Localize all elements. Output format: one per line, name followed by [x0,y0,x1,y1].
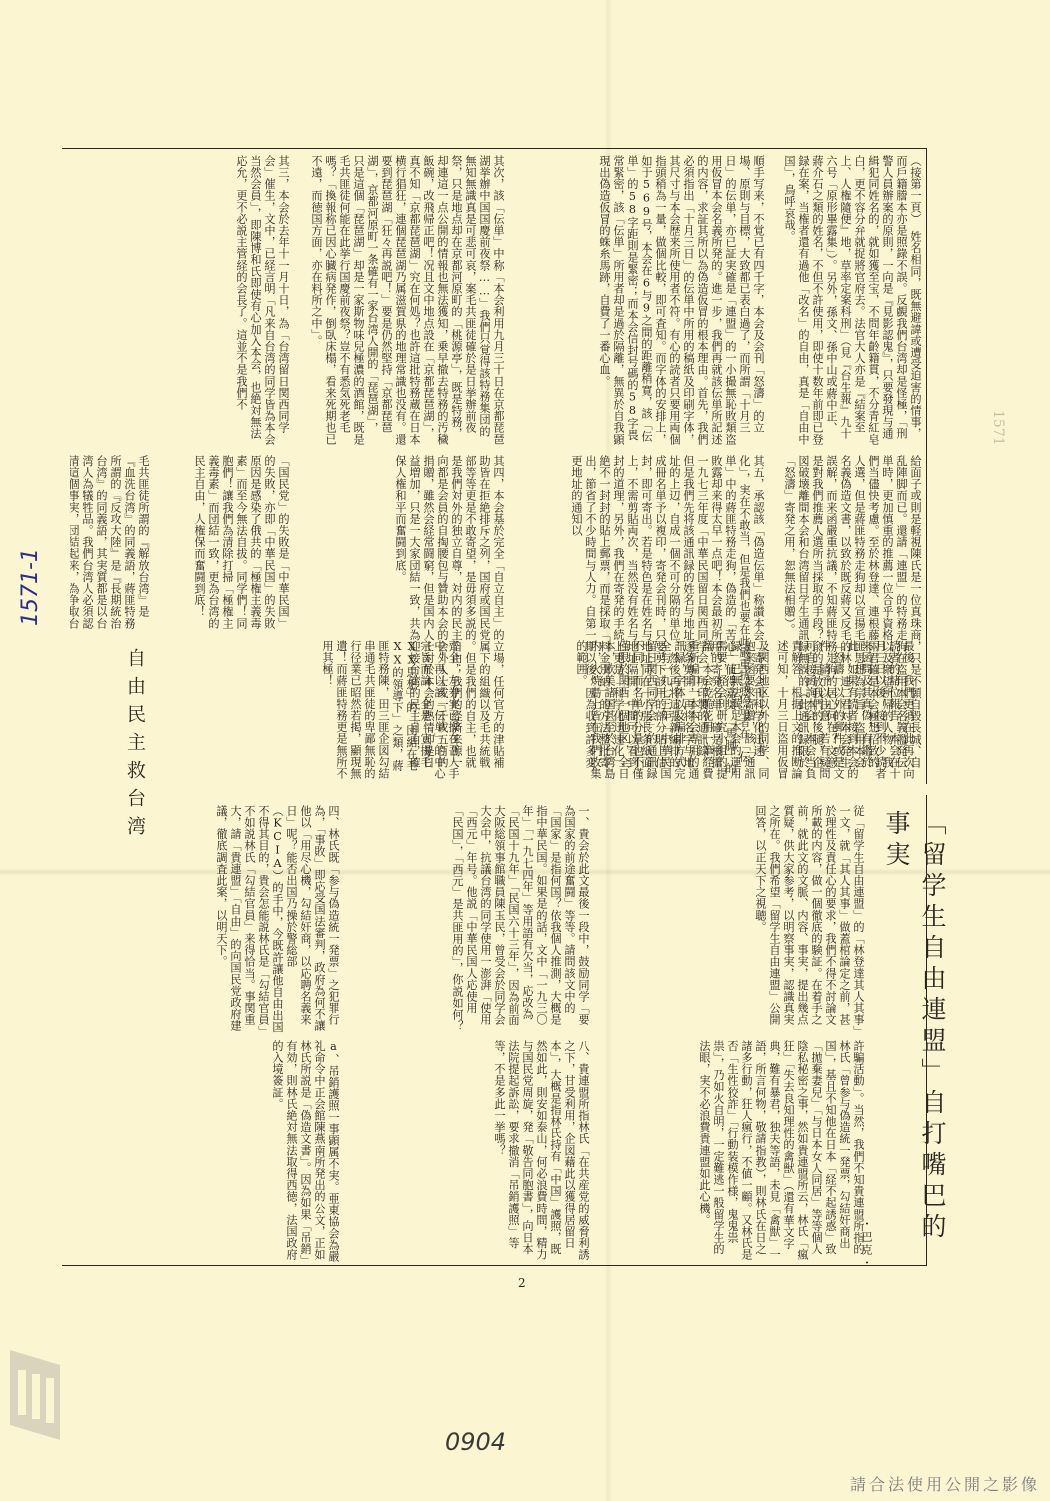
article-column: 許騙活動」。当然，我們不知貴連盟所指的林氏「曾参与偽造統一発票，勾結奸商出国」，… [595,1040,865,1265]
handwritten-margin-note: 1571-1 [18,548,43,626]
article-column: 従「留学生自由連盟」的「林登達其人其事」一文，就「其人其事」做蓋棺論定之前，甚於… [595,805,865,1035]
mid-band-far-right: 最後，我們更須在此再次向読者的諸位報告，本会在十月三日以後，接到不少読者来函問及… [775,640,915,780]
upper-left-middle-text-block: 其次，該「伝単」中称「本会利用九月三十日在京都琵琶湖挙辦中国国慶前夜祭……」我們… [300,155,505,445]
article-column: 「国民党」的失敗是「中華民国」的失敗，亦即「中華民国」的失敗原因是感染了俄共的「… [155,455,290,630]
article-column: 八、貴連盟所指林氏「在共産党的威脅利誘之下，甘受利用，企図藉此以獲得居留日本」，… [345,1040,590,1265]
upper-middle-text-block: 順手写来，不覚已有四千字，本会及会刊「怒濤」的立場、原則与目標，大致都已表白過了… [515,155,765,445]
page-number: 2 [518,1276,526,1290]
usage-watermark: 請合法使用公開之影像 [850,1472,1040,1495]
article-column: 齊全，左券実已操在吾人手中！再以該「伝単」的中心宗旨而論，全是「宣揚毛XX思想」… [200,640,460,780]
article-column: 最後，我們更須在此再次向読者的諸位報告，本会在十月三日以後，接到不少読者来函問及… [775,640,915,780]
archive-logo-icon [0,1340,80,1450]
article-headline: 「留学生自由連盟」自打嘴巴的事実 [878,810,950,1270]
upper-left-text-block: 其三，本会於去年十一月十日，為「台湾留日関西同学会」催生，文中，已経言明「凡来自… [70,155,290,445]
article-column: 一、貴会於此文最後一段中，鼓励同学「要為国家的前途奮闘」等等。請問該文中的「国家… [345,805,590,1035]
upper-right-text-block: （接第一頁） 姓名相同，既無避諱或遭受迫害的情事，而戶籍謄本亦是照錄不誤。反覻我… [762,155,922,445]
faint-stamp: 1571 [990,410,1006,446]
article-column: 四、林氏既「参与偽造統一発票」之犯罪行為，「事敗」即応受国法審判，政府為何不讓他… [70,805,340,1035]
mid-band-right: 及関西地区以外的同学、同胞来函要求寄贈，該「通訊録」已無法満足本会的運用需要，経… [470,640,770,780]
lower-right-lower-text: 許騙活動」。当然，我們不知貴連盟所指的林氏「曾参与偽造統一発票，勾結奸商出国」，… [595,1040,865,1265]
lower-middle-lower-text: 八、貴連盟所指林氏「在共産党的威脅利誘之下，甘受利用，企図藉此以獲得居留日本」，… [345,1040,590,1265]
article-column: 其三，本会於去年十一月十日，為「台湾留日関西同学会」催生，文中，已経言明「凡来自… [70,155,290,445]
article-column: 順手写来，不覚已有四千字，本会及会刊「怒濤」的立場、原則与目標，大致都已表白過了… [515,155,765,445]
article-column: 及関西地区以外的同学、同胞来函要求寄贈，該「通訊録」已無法満足本会的運用需要，経… [470,640,770,780]
article-column: 毛共匪徒所謂的『解放台湾』是『血洗台湾』的同義語，蔣匪特務所謂的『反攻大陸』是『… [70,455,150,630]
lower-left-upper-text: 四、林氏既「参与偽造統一発票」之犯罪行為，「事敗」即応受国法審判，政府為何不讓他… [70,805,340,1035]
upper-left-lower-text-2: 毛共匪徒所謂的『解放台湾』是『血洗台湾』的同義語，蔣匪特務所謂的『反攻大陸』是『… [70,455,150,630]
article-column: （接第一頁） 姓名相同，既無避諱或遭受迫害的情事，而戶籍謄本亦是照錄不誤。反覻我… [762,155,922,445]
article-column: 其次，該「伝単」中称「本会利用九月三十日在京都琵琶湖挙辦中国国慶前夜祭……」我們… [300,155,505,445]
mid-band-left: 齊全，左券実已操在吾人手中！再以該「伝単」的中心宗旨而論，全是「宣揚毛XX思想」… [200,640,460,780]
article-column: a、吊銷護照一事顕属不実。亜東協会為嚴礼命令中正会館陳燕南所発出的公文，正如林氏… [70,1040,340,1265]
lower-middle-upper-text: 一、貴会於此文最後一段中，鼓励同学「要為国家的前途奮闘」等等。請問該文中的「国家… [345,805,590,1035]
lower-right-upper-text: 従「留学生自由連盟」的「林登達其人其事」一文，就「其人其事」做蓋棺論定之前，甚於… [595,805,865,1035]
handwritten-archive-number: 0904 [445,1428,506,1456]
upper-left-lower-text: 「国民党」的失敗是「中華民国」的失敗，亦即「中華民国」的失敗原因是感染了俄共的「… [155,455,290,630]
lower-left-lower-text: a、吊銷護照一事顕属不実。亜東協会為嚴礼命令中正会館陳燕南所発出的公文，正如林氏… [70,1040,340,1265]
